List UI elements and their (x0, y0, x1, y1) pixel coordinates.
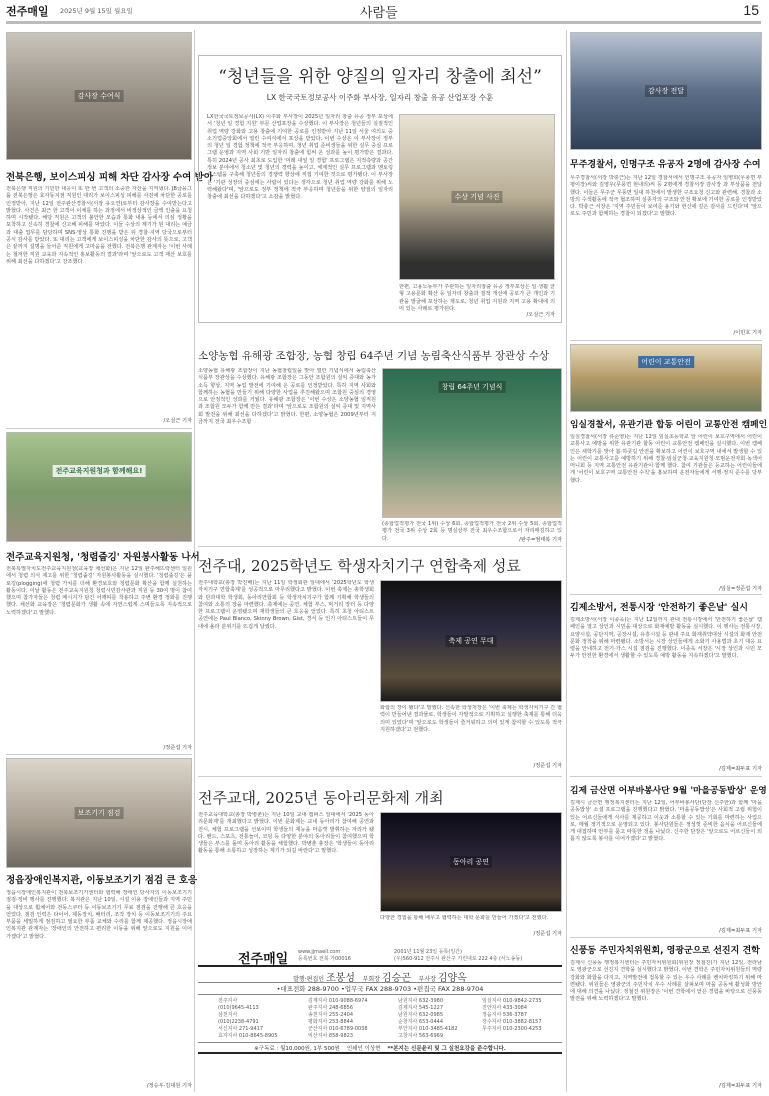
article-body-jeonju-edu: 전주교육대학교(총장 박병춘)는 지난 10일 교내 캠퍼스 일대에서 '202… (198, 812, 374, 932)
byline: /완주=엄태복 기자 (382, 536, 562, 543)
column-divider (566, 30, 567, 1092)
article-photo-jeongeup: 보조기기 점검 (6, 758, 192, 868)
article-body-jeongeup: 정읍시장애인복지관이 전북보조기기센터와 협력해 장애인 당사자의 이동보조기기… (6, 890, 192, 1080)
divider (570, 340, 762, 341)
featured-body: LX한국국토정보공사(LX) 이주화 부사장이 2025년 일자리 창출 유공 … (207, 114, 393, 312)
article-body-muju: 무주경찰서(서장 박충근)는 지난 12일 경찰서에서 인명구조 유공자 임병희… (570, 175, 762, 327)
featured-body-cont: 한편, 고용노동부가 주관하는 일자리창출 유공 정부포상은 일·생활 균형 고… (399, 284, 555, 314)
newspaper-brand: 전주매일 (6, 3, 49, 19)
headline-jeongeup: 정읍장애인복지관, 이동보조기기 점검 큰 호응 (6, 872, 197, 886)
photo-caption: 감사장 수여식 (75, 90, 124, 102)
section-title: 사람들 (360, 2, 398, 21)
masthead: 전주매일 2025년 9월 15일 월요일 사람들 15 (0, 0, 769, 24)
photo-caption: 축제 공연 무대 (445, 635, 496, 647)
issue-date: 2025년 9월 15일 월요일 (60, 6, 133, 15)
byline: /김제=최두표 기자 (570, 765, 762, 772)
featured-headline: “청년들을 위한 양질의 일자리 창출에 최선” (199, 62, 561, 87)
branch-list-2: 김제지사 010-9088-6974 완주지사 248-6856 송천지사 25… (308, 998, 388, 1040)
phone-row: •대표전화 288-9700 •업무국 FAX 288-9703 •편집국 FA… (198, 984, 562, 993)
headline-soyang: 소양농협 유해광 조합장, 농협 창립 64주년 기념 농림축산식품부 장관상 … (198, 348, 562, 363)
branch-list-4: 임실지사 010-9842-2735 진안지사 433-3084 정읍지사 53… (482, 998, 562, 1033)
footer-website: www.jjmaeil.com (298, 949, 340, 956)
subscription-row: ※구독료 : 월10,000원, 1부 500원 인쇄인 이상현 **본지는 신… (198, 1044, 562, 1052)
headline-muju: 무주경찰서, 인명구조 유공자 2명에 감사장 수여 (570, 157, 761, 170)
article-body-soyang: 소양농협 유해광 조합장이 지난 농협창립일을 맞아 열린 기념식에서 농림축산… (198, 368, 376, 533)
headline-jeonju-edu: 전주교대, 2025년 동아리문화제 개최 (198, 787, 444, 808)
article-body-jeonju-univ: 전주대학교(총장 박진배)는 지난 11일 학생회관 일대에서 '2025학년도… (198, 580, 374, 765)
photo-caption: 동아리 공연 (450, 856, 492, 868)
rule (198, 1042, 562, 1043)
featured-subheadline: LX 한국국토정보공사 이주화 부사장, 일자리 창출 유공 산업포장 수훈 (199, 92, 561, 103)
byline: /이민호 기자 (570, 329, 762, 336)
divider (198, 546, 562, 547)
photo-caption: 보조기기 점검 (75, 807, 124, 819)
divider (570, 594, 762, 595)
article-body-jbbank: 전북은행 직원의 기민한 대응이 또 한 번 고객의 소중한 자산을 지켜냈다.… (6, 186, 192, 414)
branch-list-1: 전주지사 (010)9645-4113 삼천지사 (010)2238-4791 … (218, 998, 298, 1040)
byline: /정승우·김대원 기자 (6, 1082, 192, 1089)
branch-list-3: 남원지사 632-3980 김제지사 545-1227 남원지사 632-098… (398, 998, 478, 1040)
banner-text: 어린이 교통안전 (638, 356, 694, 368)
byline: /김제=최두표 기자 (570, 927, 762, 934)
footer-address: (우)560-912 전주시 완산구 기린대로 222 4층 (서노송동) (394, 956, 522, 963)
divider (6, 754, 192, 755)
article-body-jeonju-edu-cont: 다양한 경험을 통해 배우고 협력하는 대학 문화를 만들어 가겠다'고 전했다… (380, 915, 562, 930)
article-photo-soyang: 창립 64주년 기념식 (382, 368, 562, 518)
photo-caption: 수상 기념 사진 (451, 191, 502, 203)
article-body-imsil: 임실경찰서(서장 류준영)는 지난 12일 임실초등학교 앞 어린이 보호구역에… (570, 434, 762, 584)
byline: /임실=정준섭 기자 (570, 585, 762, 592)
masthead-rule (6, 21, 761, 24)
headline-gimje-fire: 김제소방서, 전통시장 '안전하기 좋은날' 실시 (570, 600, 748, 613)
byline: /오실근 기자 (399, 311, 555, 318)
byline: /정준섭 기자 (380, 762, 562, 769)
divider (570, 776, 762, 777)
rule (198, 1052, 562, 1054)
headline-education: 전주교육지원청, '청렴줍깅' 자원봉사활동 나서 (6, 549, 200, 563)
page-number: 15 (743, 2, 759, 18)
rule (198, 965, 562, 967)
article-photo-imsil: 어린이 교통안전 (570, 344, 762, 412)
headline-imsil: 임실경찰서, 유관기관 합동 어린이 교통안전 캠페인 (570, 417, 767, 430)
photo-caption: 감사장 전달 (645, 85, 687, 97)
article-body-gimje-fire: 김제소방서(서장 이종욱)는 지난 12일까지 관내 전통시장에서 '안전하기 … (570, 617, 762, 765)
footer-registration: 등록번호 전북 가00016 (298, 956, 351, 963)
byline: /오실근 기자 (6, 417, 192, 424)
divider (6, 428, 192, 429)
divider (570, 937, 762, 938)
article-body-sinpung: 김제시 신풍동 행정복지센터는 주민자치위원회(위원장 정철진)가 지난 12일… (570, 960, 762, 1080)
footer-founded: 2001년 11월 23일 등록(일간) (394, 949, 462, 956)
rule (198, 994, 562, 995)
byline: /정준섭 기자 (6, 744, 192, 751)
banner-text: 전주교육지원청과 함께해요! (53, 465, 146, 477)
divider (198, 776, 562, 777)
byline: /정준섭 기자 (380, 930, 562, 937)
article-photo-jeonju-edu: 동아리 공연 (380, 812, 562, 912)
article-body-geumsan: 김제시 금산면 행정복지센터는 지난 12일, 어부바봉사단(단장 신주한)과 … (570, 800, 762, 925)
article-body-jeonju-univ-cont: 화합의 장이 됐다'고 말했다. 신속한 학생처장은 '이번 축제는 학생자치기… (380, 705, 562, 761)
byline: /김제=최두표 기자 (570, 1082, 762, 1089)
headline-jeonju-univ: 전주대, 2025학년도 학생자치기구 연합축제 성료 (198, 555, 521, 576)
article-photo-muju: 감사장 전달 (570, 32, 762, 150)
article-photo-education: 전주교육지원청과 함께해요! (6, 432, 192, 542)
headline-geumsan: 김제 금산면 어부바봉사단 9월 '마을공동밥상' 운영 (570, 783, 767, 796)
banner-text: 창립 64주년 기념식 (439, 381, 506, 393)
rule (198, 982, 562, 983)
headline-jbbank: 전북은행, 보이스피싱 피해 차단 감사장 수여 받아 (6, 169, 213, 183)
featured-photo: 수상 기념 사진 (399, 114, 555, 280)
article-body-education: 전북특별자치도전주교육지원청(교육장 채선화)은 지난 12일 완주해뜨락센터 … (6, 566, 192, 742)
featured-article-box: “청년들을 위한 양질의 일자리 창출에 최선” LX 한국국토정보공사 이주화… (198, 55, 562, 323)
headline-sinpung: 신풍동 주민자치위원회, 영광군으로 선진지 견학 (570, 943, 760, 956)
article-photo-jeonju-univ: 축제 공연 무대 (380, 580, 562, 702)
article-photo-jbbank: 감사장 수여식 (6, 32, 192, 160)
